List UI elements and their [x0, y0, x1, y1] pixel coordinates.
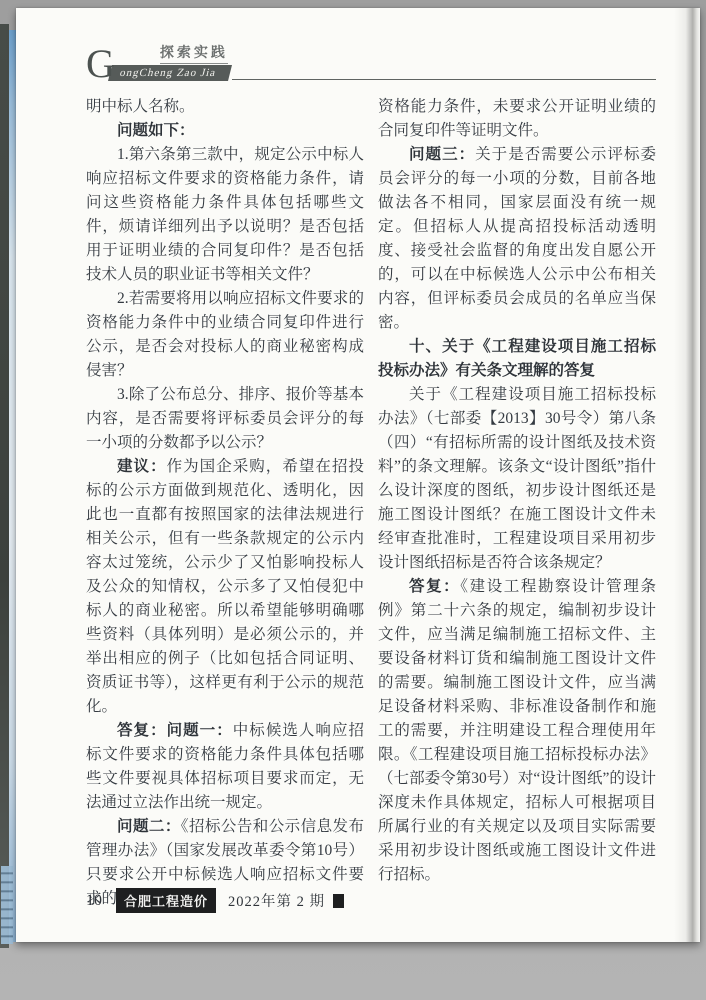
- paragraph: 问题三：关于是否需要公示评标委员会评分的每一小项的分数，目前各地做法各不相同，国…: [378, 143, 656, 335]
- journal-title-badge: 合肥工程造价: [116, 888, 216, 913]
- page-header: G 探索实践 ongCheng Zao Jia: [16, 8, 700, 81]
- paragraph: 答复：问题一：中标候选人响应招标文件要求的资格能力条件具体包括哪些文件要视具体招…: [86, 719, 364, 815]
- section-heading: 十、关于《工程建设项目施工招标投标办法》有关条文理解的答复: [378, 335, 656, 383]
- paragraph: 1.第六条第三款中，规定公示中标人响应招标文件要求的资格能力条件，请问这些资格能…: [86, 143, 364, 287]
- journal-logo-banner: ongCheng Zao Jia: [108, 65, 232, 81]
- header-rule: [232, 79, 656, 80]
- paragraph: 答复：《建设工程勘察设计管理条例》第二十六条的规定，编制初步设计文件，应当满足编…: [378, 575, 656, 887]
- section-label: 探索实践: [160, 42, 228, 64]
- scan-spine-blue-edge: [9, 30, 16, 942]
- right-column: 资格能力条件，未要求公开证明业绩的合同复印件等证明文件。 问题三：关于是否需要公…: [378, 95, 656, 911]
- page-number: 10: [86, 892, 102, 910]
- journal-brand: G 探索实践 ongCheng Zao Jia: [86, 42, 656, 81]
- paragraph: 明中标人名称。: [86, 95, 364, 119]
- footer-end-mark: [333, 894, 344, 908]
- paragraph: 资格能力条件，未要求公开证明业绩的合同复印件等证明文件。: [378, 95, 656, 143]
- paragraph: 2.若需要将用以响应招标文件要求的资格能力条件中的业绩合同复印件进行公示，是否会…: [86, 287, 364, 383]
- journal-logo-initial: G: [86, 47, 115, 81]
- page-curl-shadow: [674, 8, 700, 942]
- page-footer: 10 合肥工程造价 2022年第 2 期: [86, 888, 344, 913]
- paragraph: 建议：作为国企采购，希望在招投标的公示方面做到规范化、透明化，因此也一直都有按照…: [86, 455, 364, 719]
- paragraph: 问题如下：: [86, 119, 364, 143]
- left-column: 明中标人名称。 问题如下： 1.第六条第三款中，规定公示中标人响应招标文件要求的…: [86, 95, 364, 911]
- paragraph: 关于《工程建设项目施工招标投标办法》（七部委【2013】30号令）第八条（四）“…: [378, 383, 656, 575]
- scan-left-dark-edge: [0, 24, 9, 948]
- magazine-page: G 探索实践 ongCheng Zao Jia 明中标人名称。 问题如下： 1.…: [16, 8, 700, 942]
- paragraph: 3.除了公布总分、排序、报价等基本内容，是否需要将评标委员会评分的每一小项的分数…: [86, 383, 364, 455]
- article-body: 明中标人名称。 问题如下： 1.第六条第三款中，规定公示中标人响应招标文件要求的…: [16, 81, 700, 911]
- scan-spine-bottom-marks: [1, 866, 13, 944]
- issue-label: 2022年第 2 期: [228, 890, 325, 911]
